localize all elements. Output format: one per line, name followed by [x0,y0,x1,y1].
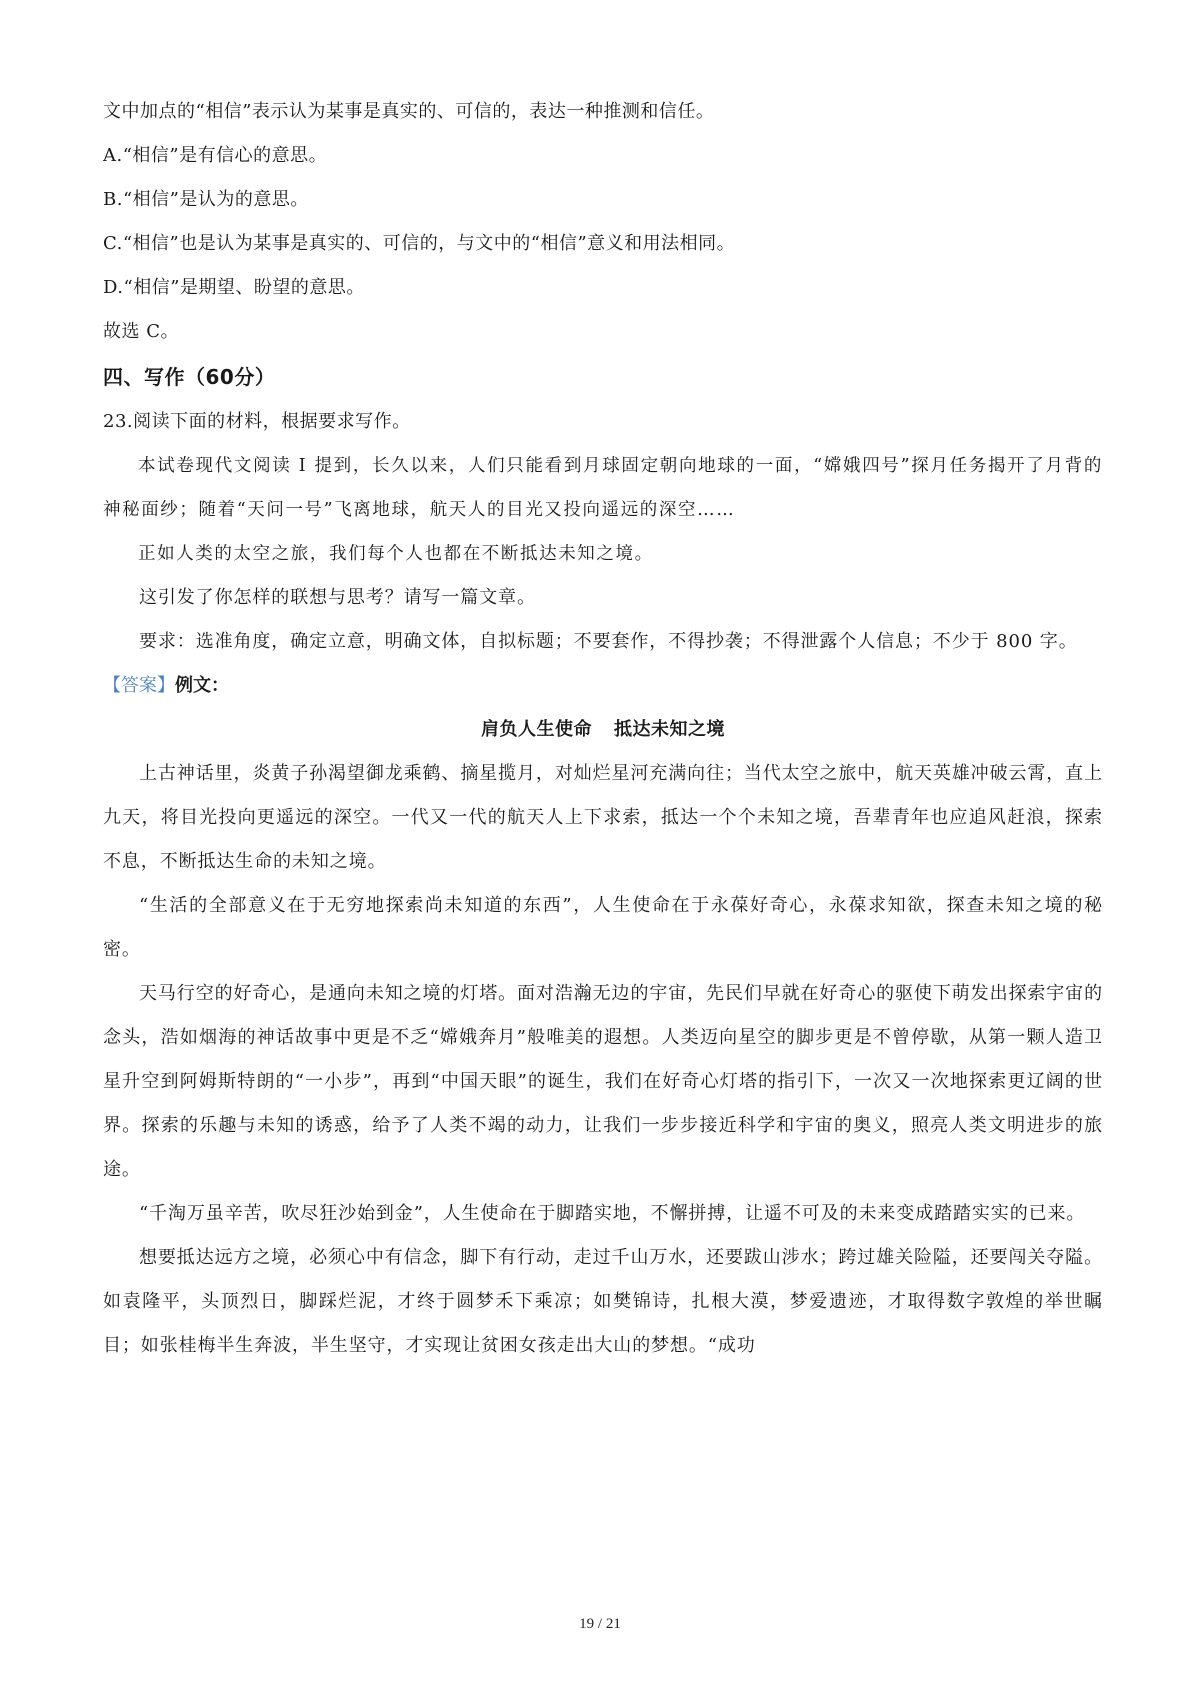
page-indicator: 19 / 21 [0,1616,1200,1633]
option-c: C.“相信”也是认为某事是真实的、可信的，与文中的“相信”意义和用法相同。 [103,222,1103,266]
material-paragraph: 正如人类的太空之旅，我们每个人也都在不断抵达未知之境。 [103,532,1103,576]
essay-paragraph: 上古神话里，炎黄子孙渴望御龙乘鹤、摘星揽月，对灿烂星河充满向往；当代太空之旅中，… [103,752,1103,884]
essay-title: 肩负人生使命抵达未知之境 [103,708,1103,752]
essay-title-part2: 抵达未知之境 [614,719,725,740]
material-paragraph: 本试卷现代文阅读 I 提到，长久以来，人们只能看到月球固定朝向地球的一面，“嫦娥… [103,444,1103,532]
option-a: A.“相信”是有信心的意思。 [103,134,1103,178]
option-text: “相信”是认为的意思。 [123,189,309,210]
option-label: C. [103,233,123,254]
question-task: 这引发了你怎样的联想与思考？请写一篇文章。 [103,576,1103,620]
section-heading: 四、写作（60分） [103,354,1103,400]
explanation-intro: 文中加点的“相信”表示认为某事是真实的、可信的，表达一种推测和信任。 [103,90,1103,134]
essay-paragraph: 想要抵达远方之境，必须心中有信念，脚下有行动，走过千山万水，还要跋山涉水；跨过雄… [103,1236,1103,1368]
option-b: B.“相信”是认为的意思。 [103,178,1103,222]
option-text: “相信”也是认为某事是真实的、可信的，与文中的“相信”意义和用法相同。 [123,233,735,254]
essay-paragraph: “千淘万虽辛苦，吹尽狂沙始到金”，人生使命在于脚踏实地，不懈拼搏，让遥不可及的未… [103,1192,1103,1236]
option-label: A. [103,145,123,166]
essay-title-part1: 肩负人生使命 [481,719,592,740]
answer-header: 【答案】例文： [103,664,1103,708]
option-label: B. [103,189,123,210]
question-requirements: 要求：选准角度，确定立意，明确文体，自拟标题；不要套作，不得抄袭；不得泄露个人信… [103,620,1103,664]
option-text: “相信”是期望、盼望的意思。 [124,277,365,298]
page-content: 文中加点的“相信”表示认为某事是真实的、可信的，表达一种推测和信任。 A.“相信… [103,90,1103,1368]
question-number: 23. [103,411,133,432]
question-prompt: 23.阅读下面的材料，根据要求写作。 [103,400,1103,444]
option-d: D.“相信”是期望、盼望的意思。 [103,266,1103,310]
answer-tag: 【答案】 [103,675,175,696]
option-label: D. [103,277,124,298]
document-page: 文中加点的“相信”表示认为某事是真实的、可信的，表达一种推测和信任。 A.“相信… [0,0,1200,1697]
example-label: 例文： [175,675,229,696]
option-text: “相信”是有信心的意思。 [123,145,327,166]
essay-paragraph: “生活的全部意义在于无穷地探索尚未知道的东西”，人生使命在于永葆好奇心，永葆求知… [103,884,1103,972]
answer-conclusion: 故选 C。 [103,310,1103,354]
question-text: 阅读下面的材料，根据要求写作。 [133,411,411,432]
essay-paragraph: 天马行空的好奇心，是通向未知之境的灯塔。面对浩瀚无边的宇宙，先民们早就在好奇心的… [103,972,1103,1192]
